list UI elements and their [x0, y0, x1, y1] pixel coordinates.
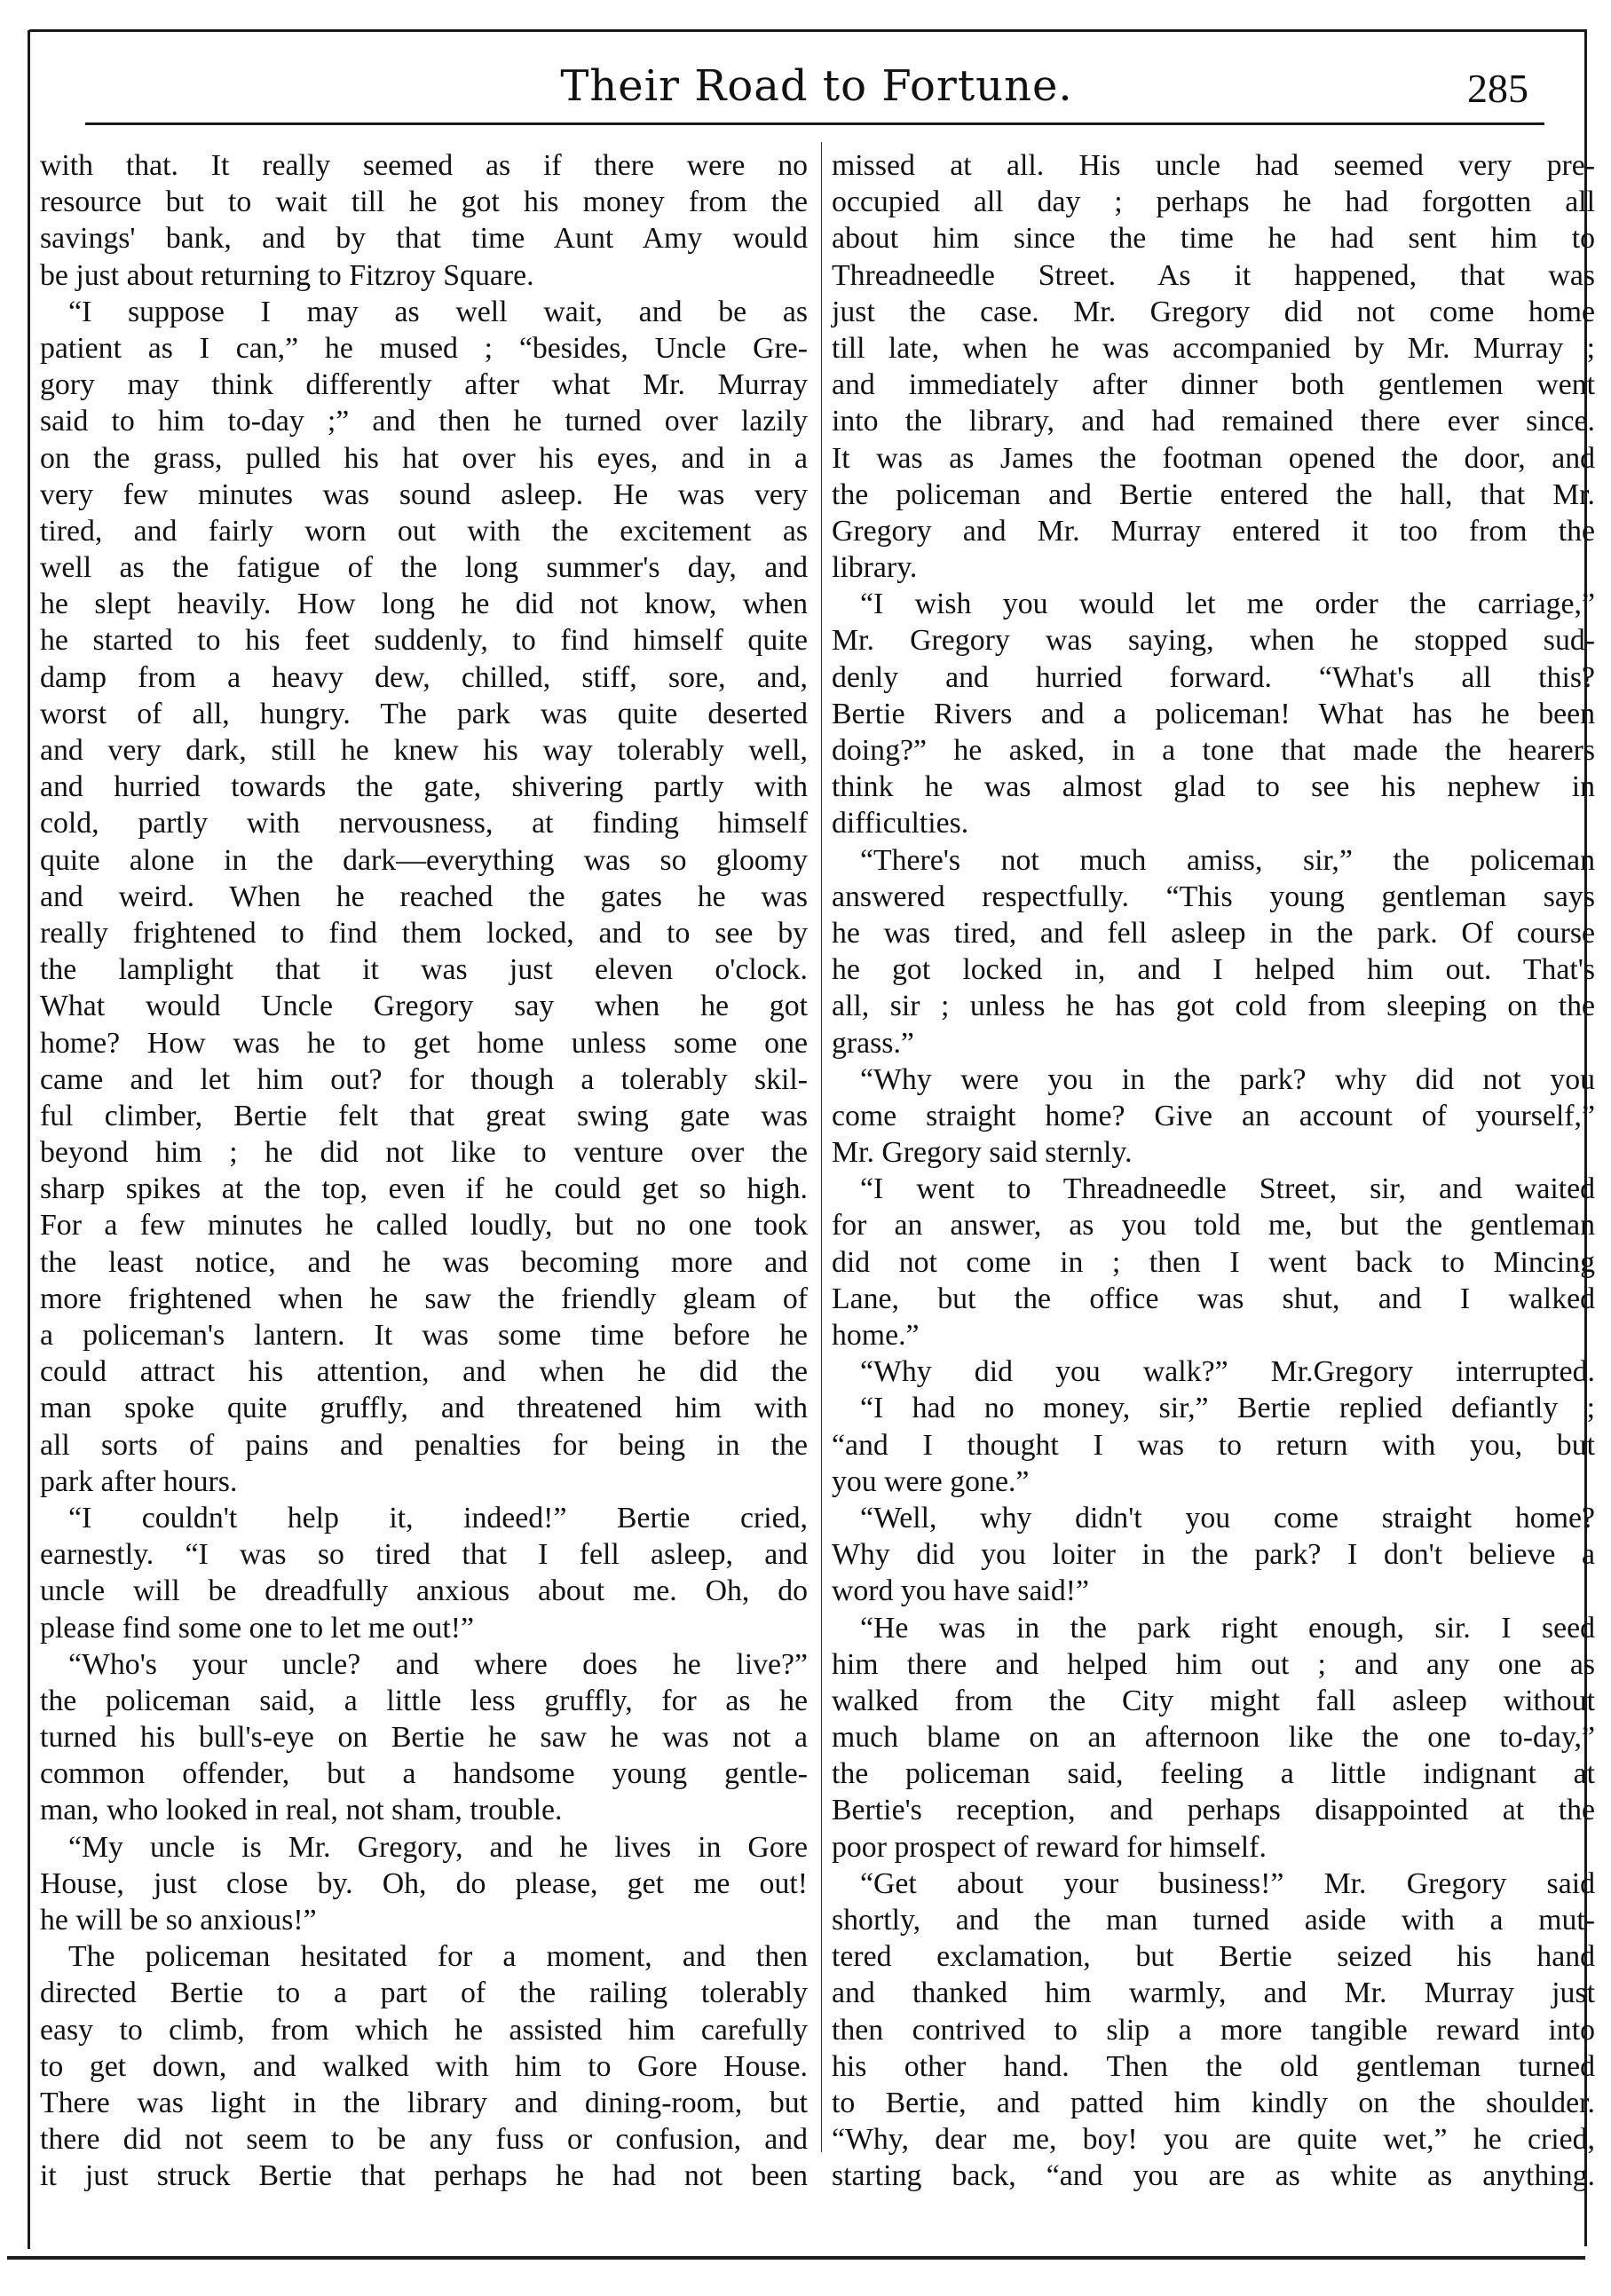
text-line: then contrived to slip a more tangible r…: [832, 2012, 1595, 2048]
text-line: Why did you loiter in the park? I don't …: [832, 1536, 1595, 1573]
text-line: ful climber, Bertie felt that great swin…: [40, 1098, 808, 1134]
text-line: and hurried towards the gate, shivering …: [40, 769, 808, 805]
text-line: well as the fatigue of the long summer's…: [40, 549, 808, 586]
text-line: turned his bull's-eye on Bertie he saw h…: [40, 1719, 808, 1756]
text-line: Threadneedle Street. As it happened, tha…: [832, 257, 1595, 294]
text-line: “Why did you walk?” Mr.Gregory interrupt…: [832, 1353, 1595, 1390]
text-line: he slept heavily. How long he did not kn…: [40, 586, 808, 622]
text-line: did not come in ; then I went back to Mi…: [832, 1244, 1595, 1281]
text-line: Bertie's reception, and perhaps disappoi…: [832, 1792, 1595, 1828]
text-line: “I couldn't help it, indeed!” Bertie cri…: [40, 1500, 808, 1536]
text-line: gory may think differently after what Mr…: [40, 367, 808, 403]
text-line: doing?” he asked, in a tone that made th…: [832, 732, 1595, 769]
text-line: very few minutes was sound asleep. He wa…: [40, 477, 808, 513]
text-line: “and I thought I was to return with you,…: [832, 1427, 1595, 1464]
text-line: said to him to-day ;” and then he turned…: [40, 403, 808, 439]
text-line: a policeman's lantern. It was some time …: [40, 1317, 808, 1353]
text-line: he was tired, and fell asleep in the par…: [832, 915, 1595, 951]
text-line: “I wish you would let me order the carri…: [832, 586, 1595, 622]
text-line: grass.”: [832, 1025, 1595, 1061]
text-line: be just about returning to Fitzroy Squar…: [40, 257, 808, 294]
text-line: easy to climb, from which he assisted hi…: [40, 2012, 808, 2048]
text-line: you were gone.”: [832, 1464, 1595, 1500]
header-rule: [85, 122, 1544, 125]
text-line: savings' bank, and by that time Aunt Amy…: [40, 220, 808, 256]
text-line: Mr. Gregory said sternly.: [832, 1134, 1595, 1171]
text-line: “I went to Threadneedle Street, sir, and…: [832, 1171, 1595, 1207]
text-line: beyond him ; he did not like to venture …: [40, 1134, 808, 1171]
text-line: for an answer, as you told me, but the g…: [832, 1207, 1595, 1243]
text-line: about him since the time he had sent him…: [832, 220, 1595, 256]
text-line: shortly, and the man turned aside with a…: [832, 1902, 1595, 1938]
text-line: and immediately after dinner both gentle…: [832, 367, 1595, 403]
frame-bottom-rule: [7, 2256, 1585, 2260]
text-line: House, just close by. Oh, do please, get…: [40, 1866, 808, 1902]
text-column-left: with that. It really seemed as if there …: [40, 147, 808, 2195]
text-line: difficulties.: [832, 805, 1595, 841]
text-line: his other hand. Then the old gentleman t…: [832, 2048, 1595, 2085]
text-line: damp from a heavy dew, chilled, stiff, s…: [40, 659, 808, 696]
text-line: starting back, “and you are as white as …: [832, 2158, 1595, 2194]
text-line: all, sir ; unless he has got cold from s…: [832, 988, 1595, 1024]
text-line: the policeman said, feeling a little ind…: [832, 1756, 1595, 1792]
text-line: What would Uncle Gregory say when he got: [40, 988, 808, 1024]
text-line: all sorts of pains and penalties for bei…: [40, 1427, 808, 1464]
text-line: It was as James the footman opened the d…: [832, 440, 1595, 477]
text-line: earnestly. “I was so tired that I fell a…: [40, 1536, 808, 1573]
text-line: worst of all, hungry. The park was quite…: [40, 696, 808, 732]
text-line: “He was in the park right enough, sir. I…: [832, 1610, 1595, 1646]
text-line: and thanked him warmly, and Mr. Murray j…: [832, 1975, 1595, 2011]
text-line: quite alone in the dark—everything was s…: [40, 842, 808, 879]
text-line: tered exclamation, but Bertie seized his…: [832, 1938, 1595, 1975]
text-line: come straight home? Give an account of y…: [832, 1098, 1595, 1134]
text-line: into the library, and had remained there…: [832, 403, 1595, 439]
text-line: “Get about your business!” Mr. Gregory s…: [832, 1866, 1595, 1902]
frame-top-rule: [29, 29, 1587, 32]
text-line: man spoke quite gruffly, and threatened …: [40, 1390, 808, 1426]
text-line: answered respectfully. “This young gentl…: [832, 879, 1595, 915]
text-line: tired, and fairly worn out with the exci…: [40, 513, 808, 549]
text-line: denly and hurried forward. “What's all t…: [832, 659, 1595, 696]
text-line: “Who's your uncle? and where does he liv…: [40, 1646, 808, 1683]
text-line: him there and helped him out ; and any o…: [832, 1646, 1595, 1683]
text-line: “Why, dear me, boy! you are quite wet,” …: [832, 2121, 1595, 2158]
text-line: till late, when he was accompanied by Mr…: [832, 330, 1595, 367]
text-line: “Why were you in the park? why did not y…: [832, 1061, 1595, 1098]
text-line: home? How was he to get home unless some…: [40, 1025, 808, 1061]
text-line: think he was almost glad to see his neph…: [832, 769, 1595, 805]
text-line: he got locked in, and I helped him out. …: [832, 951, 1595, 988]
text-line: Lane, but the office was shut, and I wal…: [832, 1281, 1595, 1317]
text-line: cold, partly with nervousness, at findin…: [40, 805, 808, 841]
page-header: Their Road to Fortune. 285: [89, 55, 1544, 117]
text-line: please find some one to let me out!”: [40, 1610, 808, 1646]
text-line: walked from the City might fall asleep w…: [832, 1683, 1595, 1719]
text-line: The policeman hesitated for a moment, an…: [40, 1938, 808, 1975]
text-line: sharp spikes at the top, even if he coul…: [40, 1171, 808, 1207]
text-line: common offender, but a handsome young ge…: [40, 1756, 808, 1792]
text-line: the policeman and Bertie entered the hal…: [832, 477, 1595, 513]
text-line: really frightened to find them locked, a…: [40, 915, 808, 951]
text-line: he will be so anxious!”: [40, 1902, 808, 1938]
text-line: it just struck Bertie that perhaps he ha…: [40, 2158, 808, 2194]
text-line: more frightened when he saw the friendly…: [40, 1281, 808, 1317]
text-line: “I had no money, sir,” Bertie replied de…: [832, 1390, 1595, 1426]
text-line: the least notice, and he was becoming mo…: [40, 1244, 808, 1281]
text-line: For a few minutes he called loudly, but …: [40, 1207, 808, 1243]
text-line: to get down, and walked with him to Gore…: [40, 2048, 808, 2085]
text-line: patient as I can,” he mused ; “besides, …: [40, 330, 808, 367]
text-line: the lamplight that it was just eleven o'…: [40, 951, 808, 988]
text-column-right: missed at all. His uncle had seemed very…: [832, 147, 1595, 2195]
page-number: 285: [1467, 55, 1528, 122]
text-line: the policeman said, a little less gruffl…: [40, 1683, 808, 1719]
text-line: there did not seem to be any fuss or con…: [40, 2121, 808, 2158]
text-line: to Bertie, and patted him kindly on the …: [832, 2085, 1595, 2121]
text-line: home.”: [832, 1317, 1595, 1353]
text-line: and very dark, still he knew his way tol…: [40, 732, 808, 769]
text-line: library.: [832, 549, 1595, 586]
running-title: Their Road to Fortune.: [89, 55, 1544, 117]
text-line: directed Bertie to a part of the railing…: [40, 1975, 808, 2011]
text-line: “There's not much amiss, sir,” the polic…: [832, 842, 1595, 879]
text-line: resource but to wait till he got his mon…: [40, 184, 808, 220]
text-line: Bertie Rivers and a policeman! What has …: [832, 696, 1595, 732]
text-line: he started to his feet suddenly, to find…: [40, 622, 808, 659]
text-line: park after hours.: [40, 1464, 808, 1500]
text-line: “I suppose I may as well wait, and be as: [40, 294, 808, 330]
text-line: Gregory and Mr. Murray entered it too fr…: [832, 513, 1595, 549]
text-line: man, who looked in real, not sham, troub…: [40, 1792, 808, 1828]
text-line: and weird. When he reached the gates he …: [40, 879, 808, 915]
text-line: much blame on an afternoon like the one …: [832, 1719, 1595, 1756]
column-divider: [821, 142, 822, 2152]
text-line: word you have said!”: [832, 1573, 1595, 1609]
text-line: missed at all. His uncle had seemed very…: [832, 147, 1595, 184]
text-line: There was light in the library and dinin…: [40, 2085, 808, 2121]
text-line: just the case. Mr. Gregory did not come …: [832, 294, 1595, 330]
text-line: Mr. Gregory was saying, when he stopped …: [832, 622, 1595, 659]
text-line: could attract his attention, and when he…: [40, 1353, 808, 1390]
text-line: on the grass, pulled his hat over his ey…: [40, 440, 808, 477]
text-line: occupied all day ; perhaps he had forgot…: [832, 184, 1595, 220]
text-line: came and let him out? for though a toler…: [40, 1061, 808, 1098]
text-line: poor prospect of reward for himself.: [832, 1829, 1595, 1866]
text-line: “Well, why didn't you come straight home…: [832, 1500, 1595, 1536]
text-line: uncle will be dreadfully anxious about m…: [40, 1573, 808, 1609]
text-line: with that. It really seemed as if there …: [40, 147, 808, 184]
text-line: “My uncle is Mr. Gregory, and he lives i…: [40, 1829, 808, 1866]
frame-left-rule: [28, 30, 30, 2249]
